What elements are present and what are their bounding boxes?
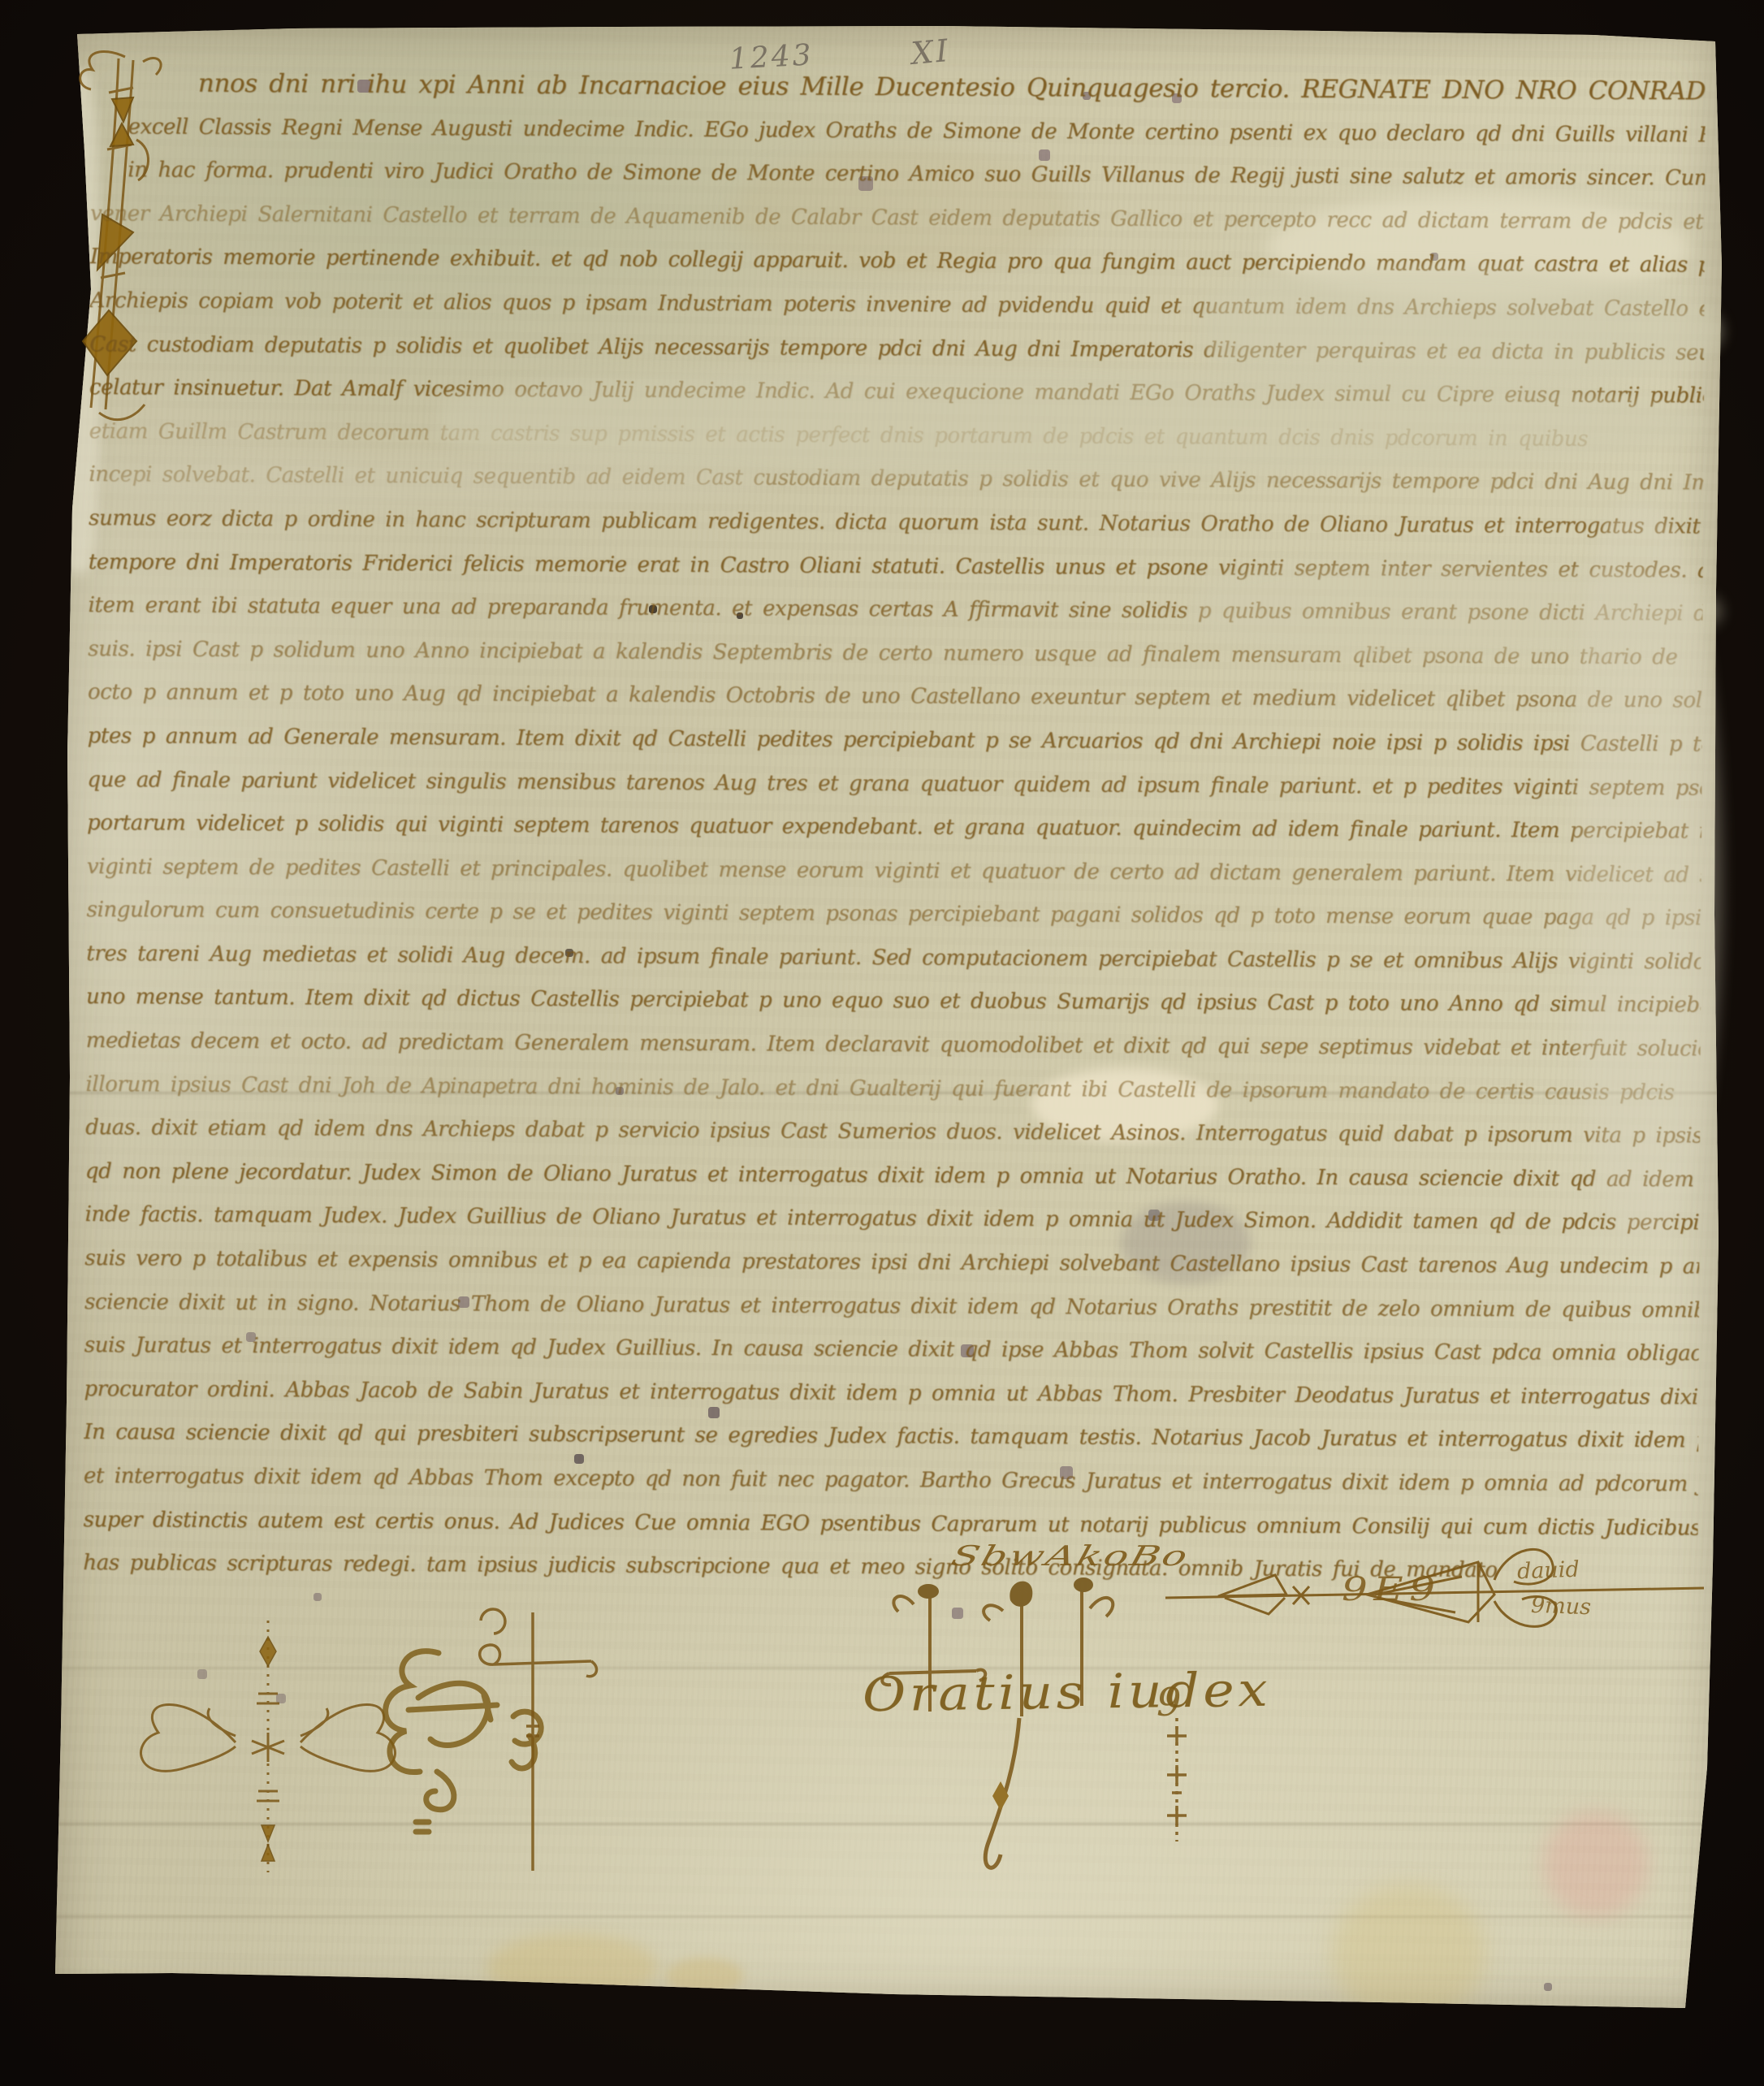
elongated-script-left: SbwAkoBo [948, 1540, 1193, 1573]
elongated-script-mid: 9E9 [1342, 1571, 1442, 1608]
ego-monogram-icon [386, 1651, 542, 1832]
flourish-tail-word: 9mus [1530, 1593, 1591, 1621]
notary-signa-band [114, 1523, 1730, 1929]
faded-text-overlay [1202, 268, 1722, 390]
judex-signature: Oratius iudex [862, 1662, 1271, 1722]
faded-text-overlay [106, 459, 772, 508]
mold-spots [50, 21, 52, 23]
yellow-stain [487, 1933, 658, 2002]
photo-canvas: { "annotations": { "year": "1243", "numb… [0, 0, 1764, 2086]
signature-crosses-icon [882, 1577, 1113, 1867]
flourish-tail-word: dauid [1516, 1557, 1580, 1585]
yellow-stain [666, 1958, 743, 1994]
signature-abbreviation: 9 [1157, 1680, 1182, 1725]
cross-chain-icon [1167, 1718, 1187, 1841]
faded-text-overlay [439, 370, 1706, 475]
